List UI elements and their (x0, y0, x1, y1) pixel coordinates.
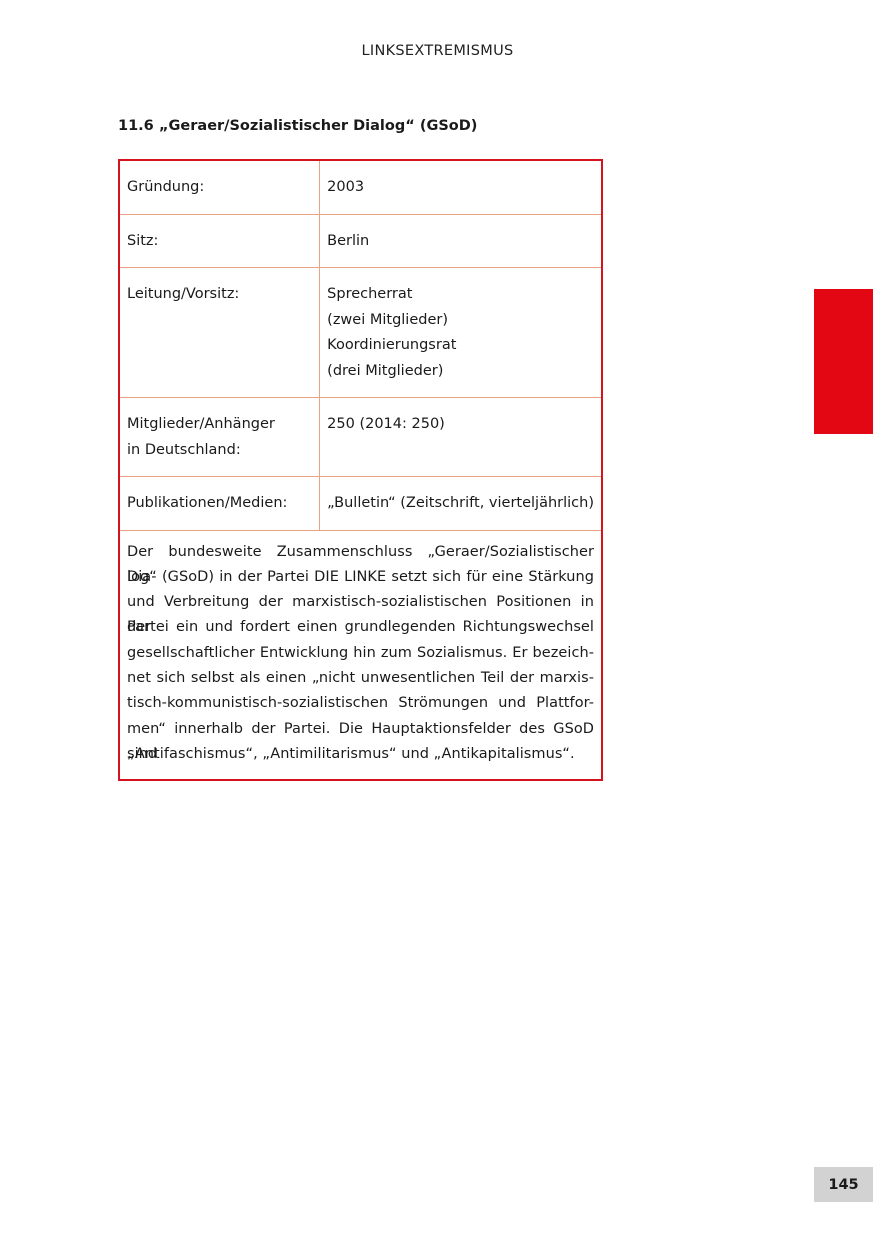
row-label: Mitglieder/Anhängerin Deutschland: (120, 398, 320, 477)
row-value: 250 (2014: 250) (320, 398, 601, 477)
label-line: Leitung/Vorsitz: (127, 282, 312, 308)
row-value: Berlin (320, 214, 601, 268)
section-number: 11.6 (118, 118, 159, 134)
description-line: gesellschaftlicher Entwicklung hin zum S… (127, 641, 594, 666)
fact-table: Gründung:2003Sitz:BerlinLeitung/Vorsitz:… (120, 161, 601, 531)
row-value: Sprecherrat(zwei Mitglieder)Koordinierun… (320, 268, 601, 398)
running-header: LINKSEXTREMISMUS (0, 43, 875, 59)
section-title: „Geraer/Sozialistischer Dialog“ (GSoD) (159, 118, 477, 134)
description-line: und Verbreitung der marxistisch-sozialis… (127, 590, 594, 615)
description-line: „Antifaschismus“, „Antimilitarismus“ und… (127, 742, 594, 767)
label-line: Mitglieder/Anhänger (127, 412, 312, 438)
description-line: men“ innerhalb der Partei. Die Hauptakti… (127, 717, 594, 742)
table-row: Publikationen/Medien:„Bulletin“ (Zeitsch… (120, 477, 601, 531)
value-line: „Bulletin“ (Zeitschrift, vierteljährlich… (327, 491, 594, 517)
label-line: Gründung: (127, 175, 312, 201)
value-line: 2003 (327, 175, 594, 201)
page-number: 145 (814, 1167, 873, 1202)
value-line: Sprecherrat (327, 282, 594, 308)
section-heading: 11.6„Geraer/Sozialistischer Dialog“ (GSo… (118, 118, 477, 134)
table-row: Leitung/Vorsitz:Sprecherrat(zwei Mitglie… (120, 268, 601, 398)
value-line: (drei Mitglieder) (327, 359, 594, 385)
table-row: Sitz:Berlin (120, 214, 601, 268)
value-line: 250 (2014: 250) (327, 412, 594, 438)
description-line: net sich selbst als einen „nicht unwesen… (127, 666, 594, 691)
description-line: log“ (GSoD) in der Partei DIE LINKE setz… (127, 565, 594, 590)
description-line: Der bundesweite Zusammenschluss „Geraer/… (127, 540, 594, 565)
table-row: Gründung:2003 (120, 161, 601, 214)
value-line: (zwei Mitglieder) (327, 308, 594, 334)
description-line: tisch-kommunistisch-sozialistischen Strö… (127, 691, 594, 716)
chapter-tab-marker (814, 289, 873, 434)
row-value: 2003 (320, 161, 601, 214)
value-line: Koordinierungsrat (327, 333, 594, 359)
fact-box: Gründung:2003Sitz:BerlinLeitung/Vorsitz:… (118, 159, 603, 781)
row-label: Sitz: (120, 214, 320, 268)
row-label: Publikationen/Medien: (120, 477, 320, 531)
description-line: Partei ein und fordert einen grundlegend… (127, 615, 594, 640)
table-row: Mitglieder/Anhängerin Deutschland:250 (2… (120, 398, 601, 477)
description-text: Der bundesweite Zusammenschluss „Geraer/… (120, 531, 601, 780)
row-label: Leitung/Vorsitz: (120, 268, 320, 398)
label-line: in Deutschland: (127, 438, 312, 464)
value-line: Berlin (327, 229, 594, 255)
row-value: „Bulletin“ (Zeitschrift, vierteljährlich… (320, 477, 601, 531)
row-label: Gründung: (120, 161, 320, 214)
label-line: Sitz: (127, 229, 312, 255)
label-line: Publikationen/Medien: (127, 491, 312, 517)
